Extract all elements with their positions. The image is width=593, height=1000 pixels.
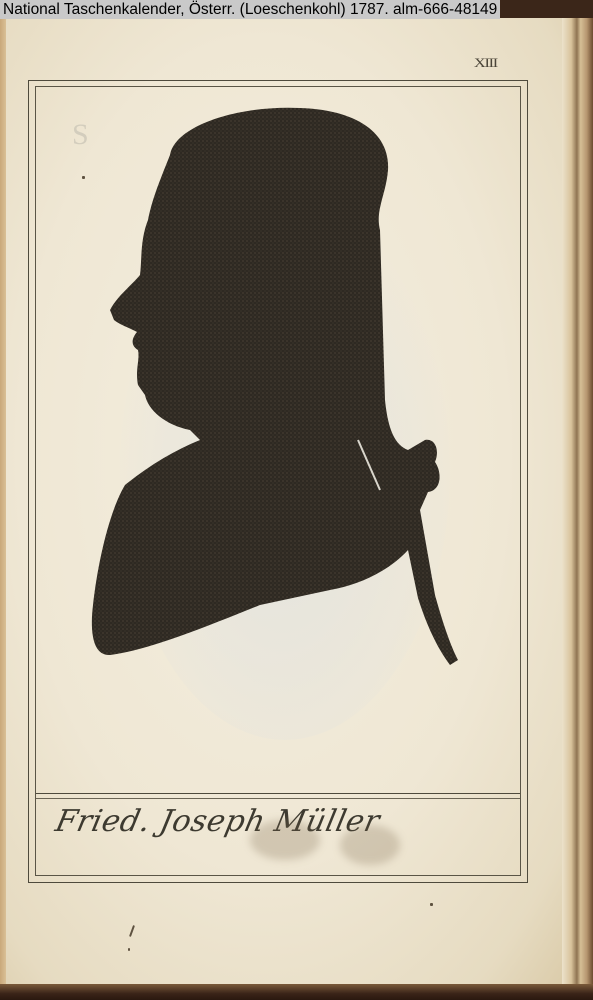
page-number-roman: XIII (474, 55, 497, 71)
silhouette-portrait (90, 100, 470, 670)
paper-speck (128, 948, 130, 951)
show-through-letter: S (72, 118, 89, 152)
silhouette-figure (92, 108, 458, 665)
caption-divider-inner (36, 798, 520, 799)
paper-speck (82, 176, 85, 179)
foxing-stain (250, 820, 320, 860)
portrait-caption: Fried. Joseph Müller (52, 804, 383, 839)
page-edges-right (562, 18, 593, 993)
caption-divider (36, 793, 520, 794)
foxing-stain (340, 825, 400, 865)
book-binding-bottom (0, 984, 593, 1000)
image-title-bar: National Taschenkalender, Österr. (Loesc… (0, 0, 500, 19)
paper-speck (430, 903, 433, 906)
